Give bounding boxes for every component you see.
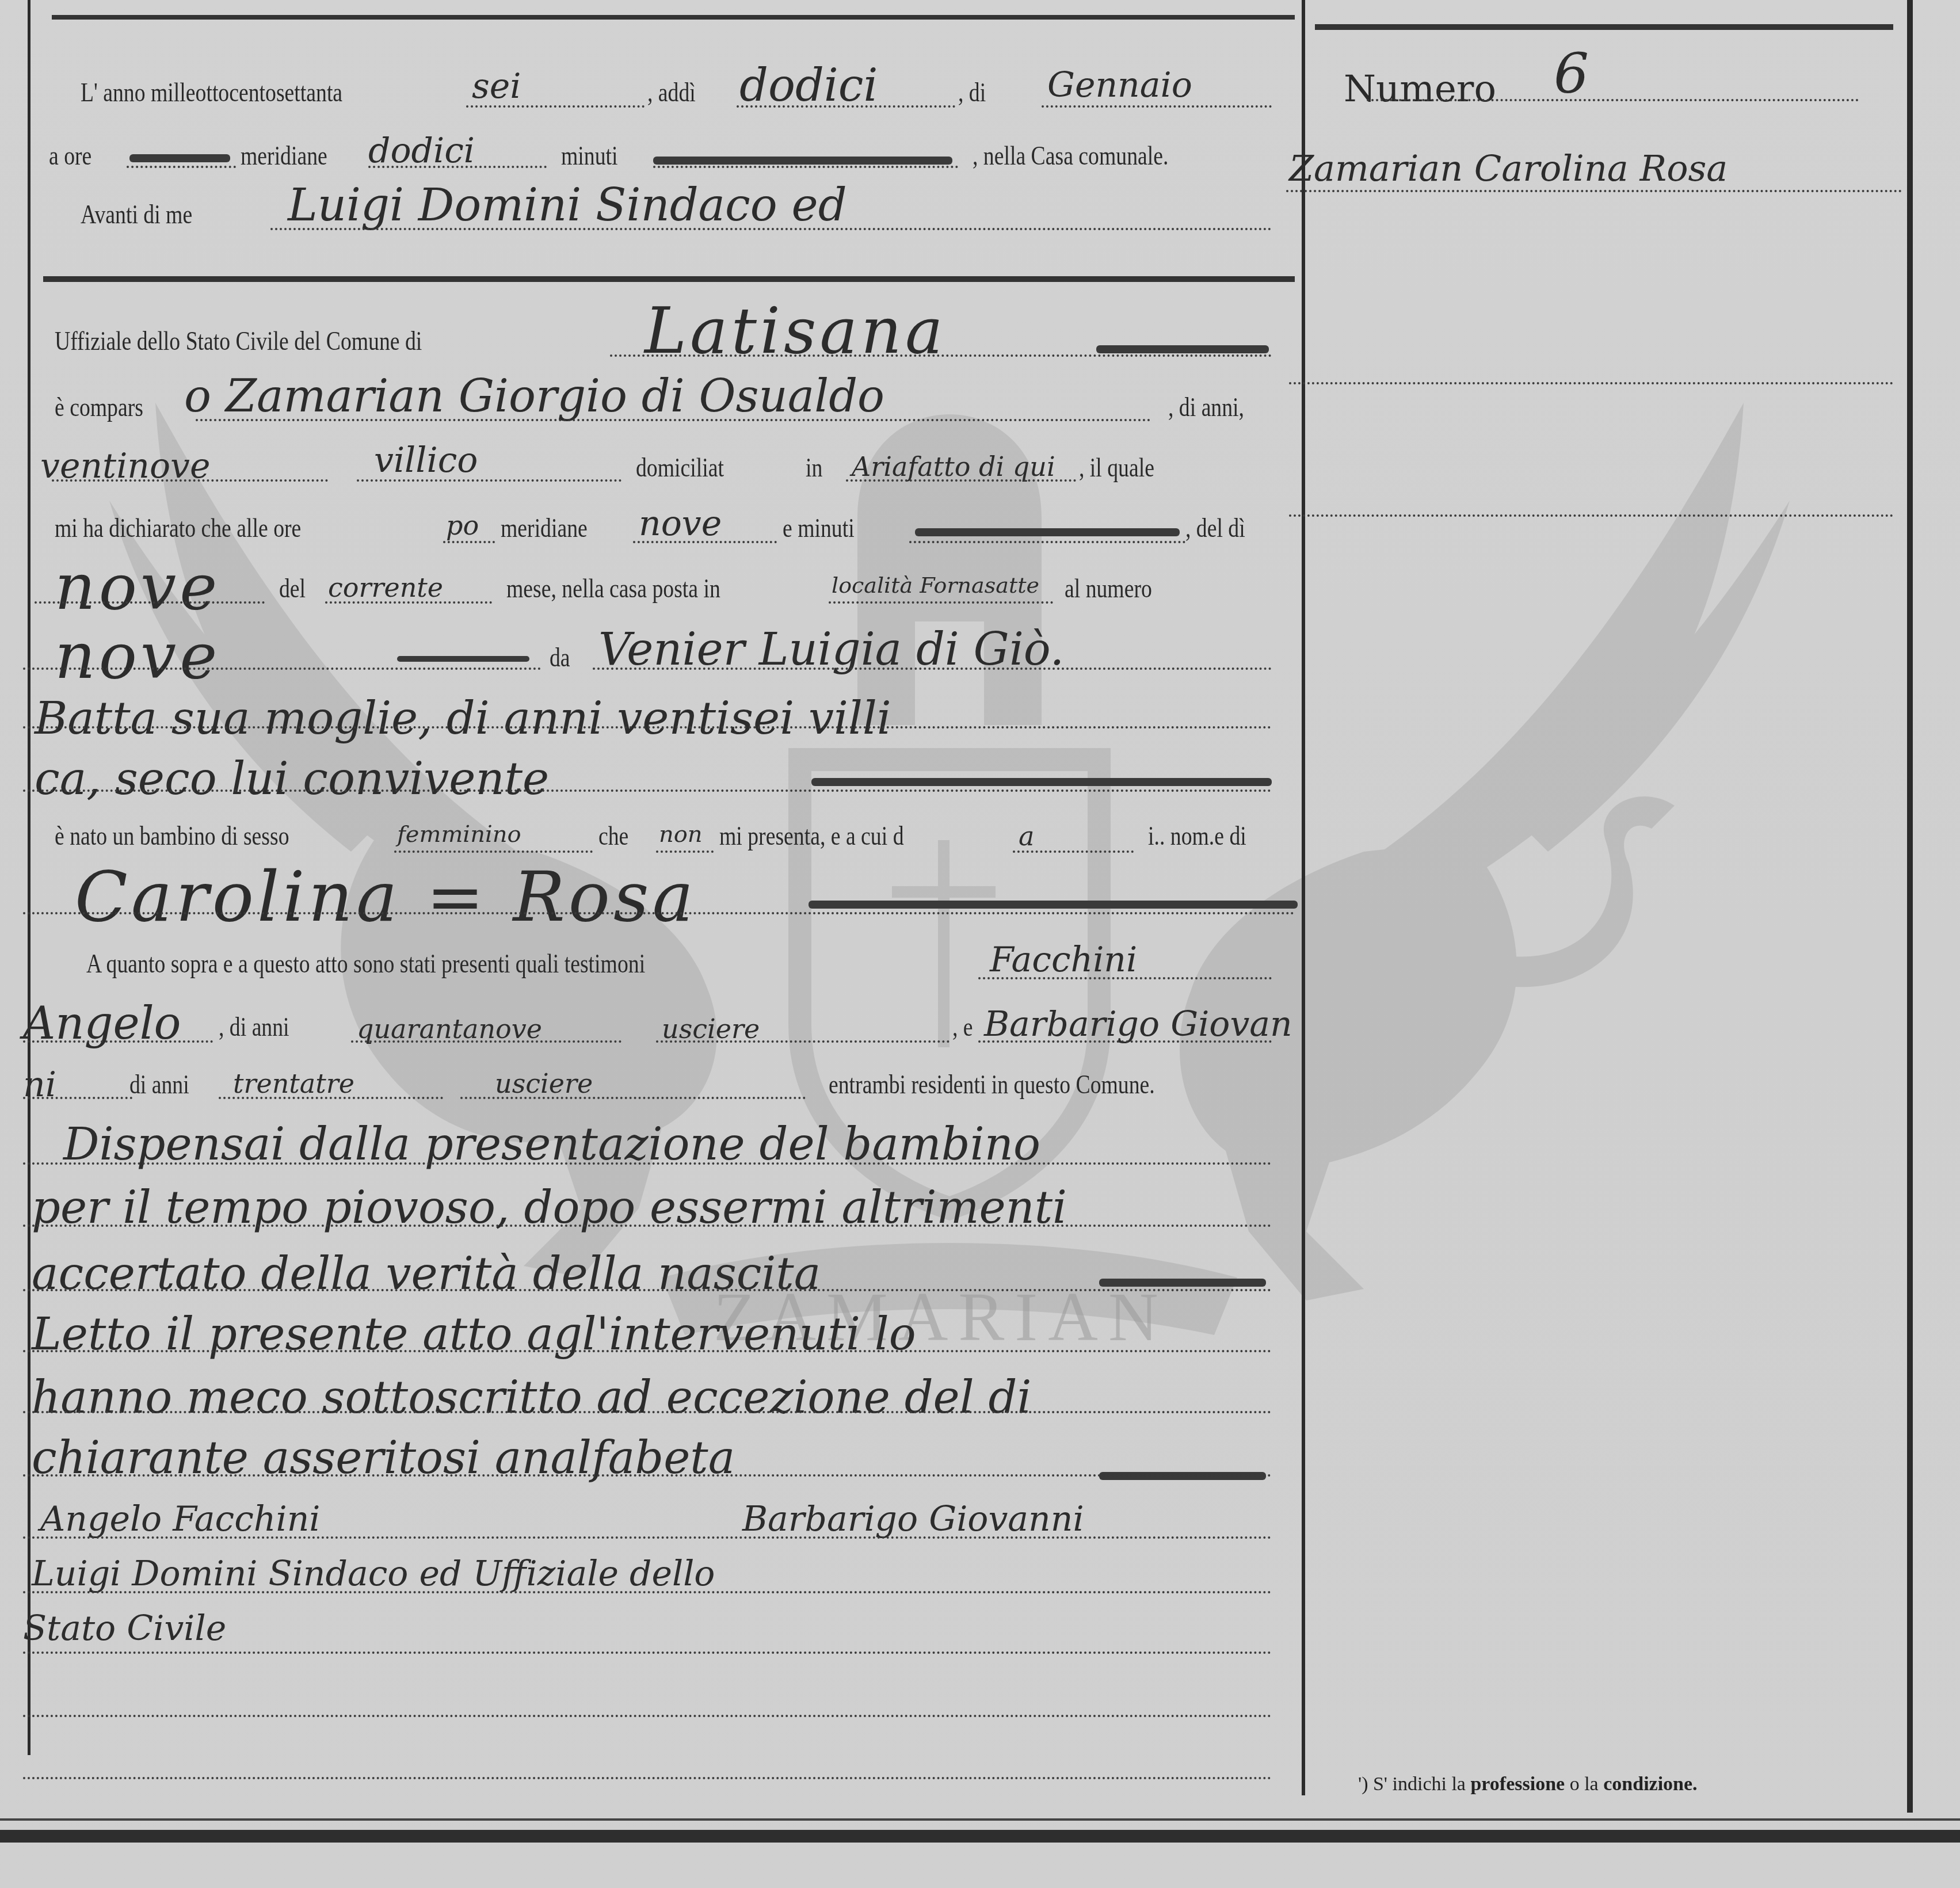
blank-line-2 bbox=[23, 1777, 1272, 1779]
signature-witness1: Angelo Facchini bbox=[40, 1502, 320, 1536]
printed-residenti: entrambi residenti in questo Comune. bbox=[829, 1071, 1155, 1098]
month-field: Gennaio bbox=[1047, 68, 1192, 102]
witness2-age-field: trentatre bbox=[233, 1070, 354, 1097]
presented-field-line bbox=[656, 850, 714, 853]
witness2-cont-line bbox=[23, 1097, 132, 1099]
birth-ampm-line bbox=[443, 541, 495, 543]
house-number-field: nove bbox=[55, 624, 220, 688]
printed-che-label: che bbox=[598, 823, 628, 849]
printed-presenta-label: mi presenta, e a cui d bbox=[719, 823, 903, 849]
printed-meridiane-label-2: meridiane bbox=[501, 515, 588, 541]
column-divider-line bbox=[1302, 0, 1305, 1795]
signature-line-3 bbox=[23, 1651, 1272, 1654]
month-field-line bbox=[1042, 105, 1272, 108]
note-line-5-rule bbox=[23, 1411, 1272, 1413]
officer-field-line bbox=[270, 228, 1272, 230]
comune-struck-out-bar bbox=[1096, 345, 1269, 353]
birth-minutes-struck-out-bar bbox=[915, 528, 1180, 536]
note-line-3-struck-out bbox=[1099, 1279, 1266, 1287]
signature-officer: Luigi Domini Sindaco ed Uffiziale dello bbox=[32, 1557, 715, 1591]
signature-line-2 bbox=[23, 1591, 1272, 1593]
printed-avanti-label: Avanti di me bbox=[81, 201, 192, 228]
numero-value: 6 bbox=[1554, 46, 1589, 101]
note-line-2-rule bbox=[23, 1225, 1272, 1227]
comune-field-line bbox=[610, 354, 1272, 357]
mother-cont2-field: ca, seco lui convivente bbox=[35, 757, 549, 802]
birth-month-line bbox=[325, 601, 492, 604]
meridiane-field-line bbox=[368, 166, 547, 168]
note-line-3-rule bbox=[23, 1289, 1272, 1291]
witness1-name-field: Angelo bbox=[23, 1001, 181, 1046]
child-name-line bbox=[23, 912, 1295, 914]
note-line-5: hanno meco sottoscritto ad eccezione del… bbox=[32, 1375, 1031, 1420]
footnote-prefix: ') S' indichi la bbox=[1358, 1773, 1470, 1795]
witness2-profession-field: usciere bbox=[495, 1070, 593, 1097]
mother-field-line bbox=[593, 668, 1272, 670]
bottom-rule-thin bbox=[0, 1818, 1960, 1821]
printed-meridiane-label: meridiane bbox=[241, 143, 327, 169]
witness1-profession-field: usciere bbox=[662, 1016, 760, 1042]
printed-di-anni-label: , di anni, bbox=[1168, 394, 1244, 421]
printed-comparso-label: è compars bbox=[55, 394, 143, 421]
index-name-field: Zamarian Carolina Rosa bbox=[1289, 151, 1728, 186]
declarant-field: o Zamarian Giorgio di Osualdo bbox=[184, 374, 884, 419]
note-line-6-rule bbox=[23, 1474, 1272, 1477]
comune-field: Latisana bbox=[645, 299, 946, 363]
printed-casa-comunale: , nella Casa comunale. bbox=[973, 143, 1168, 169]
printed-year-label: L' anno milleottocentosettanta bbox=[81, 79, 342, 106]
witness1-age-line bbox=[351, 1040, 621, 1043]
signature-officer-cont: Stato Civile bbox=[23, 1611, 226, 1646]
note-line-1-rule bbox=[23, 1162, 1272, 1165]
printed-del-di: , del dì bbox=[1185, 515, 1245, 541]
residence-field-line bbox=[846, 479, 1076, 482]
minutes-struck-out-bar bbox=[653, 157, 952, 165]
printed-day-label: , addì bbox=[647, 79, 696, 106]
printed-al-numero: al numero bbox=[1065, 575, 1152, 602]
minutes-field-line bbox=[653, 166, 958, 168]
house-number-line bbox=[23, 668, 541, 670]
note-line-1: Dispensai dalla presentazione del bambin… bbox=[63, 1122, 1040, 1167]
child-name-struck-out bbox=[809, 901, 1298, 909]
sex-field-line bbox=[394, 850, 593, 853]
note-line-2: per il tempo piovoso, dopo essermi altri… bbox=[32, 1185, 1067, 1230]
printed-mese-label: mese, nella casa posta in bbox=[506, 575, 720, 602]
birth-location-line bbox=[829, 601, 1053, 604]
mother-cont-field: Batta sua moglie, di anni ventisei villi bbox=[35, 696, 891, 741]
signature-line-1 bbox=[23, 1536, 1272, 1539]
witness2-age-line bbox=[219, 1097, 443, 1099]
printed-di-anni-w1: , di anni bbox=[219, 1014, 289, 1040]
bottom-rule bbox=[0, 1830, 1960, 1843]
numero-label: Numero bbox=[1344, 68, 1496, 110]
declarant-age-field: ventinove bbox=[40, 449, 211, 483]
top-rule-right bbox=[1315, 24, 1893, 30]
sidebar-blank-line-2 bbox=[1289, 514, 1893, 517]
birth-location-field: località Fornasatte bbox=[832, 574, 1039, 596]
numero-line bbox=[1367, 99, 1859, 101]
printed-del-label: del bbox=[279, 575, 306, 602]
residence-field: Ariafatto di qui bbox=[852, 453, 1055, 480]
printed-da-label: da bbox=[550, 644, 570, 671]
witness1-surname-line bbox=[978, 977, 1272, 979]
given-field-line bbox=[1013, 850, 1134, 853]
day-field-line bbox=[737, 105, 955, 108]
birth-ampm-field: po bbox=[446, 512, 479, 539]
house-number-struck-out bbox=[397, 656, 529, 662]
witness1-name-line bbox=[23, 1040, 213, 1043]
blank-line-1 bbox=[23, 1715, 1272, 1717]
witness2-profession-line bbox=[460, 1097, 806, 1099]
declarant-profession-field: villico bbox=[374, 443, 478, 478]
printed-e-minuti-label: e minuti bbox=[783, 515, 855, 541]
witness1-surname-field: Facchini bbox=[990, 943, 1137, 977]
witness1-profession-line bbox=[656, 1040, 950, 1043]
printed-minuti-label: minuti bbox=[561, 143, 618, 169]
hour-field-line bbox=[127, 166, 236, 168]
mother-field: Venier Luigia di Giò. bbox=[598, 627, 1064, 672]
right-border-line bbox=[1907, 0, 1913, 1813]
sidebar-blank-line-1 bbox=[1289, 382, 1893, 384]
printed-nato-label: è nato un bambino di sesso bbox=[55, 823, 289, 849]
witness2-field: Barbarigo Giovan bbox=[984, 1007, 1292, 1042]
birth-day-field: nove bbox=[55, 555, 220, 619]
printed-nome-di: i.. nom.e di bbox=[1148, 823, 1246, 849]
mother-cont2-line bbox=[23, 789, 1272, 792]
declarant-profession-line bbox=[357, 479, 621, 482]
birth-month-field: corrente bbox=[328, 574, 443, 601]
birth-hour-field: nove bbox=[639, 506, 722, 541]
sex-field: femminino bbox=[397, 823, 521, 846]
year-field: sei bbox=[472, 69, 521, 104]
printed-e-label: , e bbox=[952, 1014, 973, 1040]
left-border-line bbox=[28, 0, 30, 1755]
declarant-field-line bbox=[196, 419, 1151, 421]
footnote: ') S' indichi la professione o la condiz… bbox=[1358, 1773, 1698, 1795]
year-field-line bbox=[466, 105, 645, 108]
printed-di-anni-w2: di anni bbox=[129, 1071, 189, 1098]
printed-month-label: , di bbox=[958, 79, 986, 106]
note-line-4-rule bbox=[23, 1350, 1272, 1352]
birth-hour-line bbox=[633, 541, 777, 543]
witness1-age-field: quarantanove bbox=[357, 1016, 542, 1042]
meridiane-field: dodici bbox=[368, 134, 475, 168]
presented-field: non bbox=[659, 823, 703, 846]
signature-witness2: Barbarigo Giovanni bbox=[742, 1502, 1084, 1536]
printed-testimoni-label: A quanto sopra e a questo atto sono stat… bbox=[86, 951, 645, 977]
printed-uffiziale-label: Uffiziale dello Stato Civile del Comune … bbox=[55, 328, 422, 354]
printed-in-label: in bbox=[806, 455, 822, 481]
mother-cont-line bbox=[23, 726, 1272, 728]
footnote-condizione: condizione. bbox=[1603, 1773, 1697, 1795]
printed-dichiarato-label: mi ha dichiarato che alle ore bbox=[55, 515, 301, 541]
top-rule-left bbox=[52, 15, 1295, 20]
printed-domiciliato-label: domiciliat bbox=[636, 455, 724, 481]
birth-minutes-line bbox=[909, 541, 1185, 543]
printed-il-quale: , il quale bbox=[1079, 455, 1154, 481]
index-name-line bbox=[1286, 190, 1902, 192]
footnote-professione: professione bbox=[1470, 1773, 1565, 1795]
witness2-line bbox=[978, 1040, 1272, 1043]
section-divider bbox=[43, 276, 1295, 282]
birth-day-line bbox=[35, 601, 265, 604]
printed-hour-label: a ore bbox=[49, 143, 91, 169]
officer-field: Luigi Domini Sindaco ed bbox=[288, 183, 847, 228]
birth-record-page: ZAMARIAN L' anno milleottocentosettanta … bbox=[0, 0, 1960, 1888]
footnote-middle: o la bbox=[1565, 1773, 1603, 1795]
declarant-age-line bbox=[52, 479, 328, 482]
line11-struck-out-bar bbox=[811, 778, 1272, 786]
hour-struck-out-bar bbox=[129, 154, 230, 162]
child-name-field: Carolina = Rosa bbox=[75, 863, 697, 932]
day-field: dodici bbox=[739, 63, 878, 108]
given-field: a bbox=[1019, 823, 1034, 849]
